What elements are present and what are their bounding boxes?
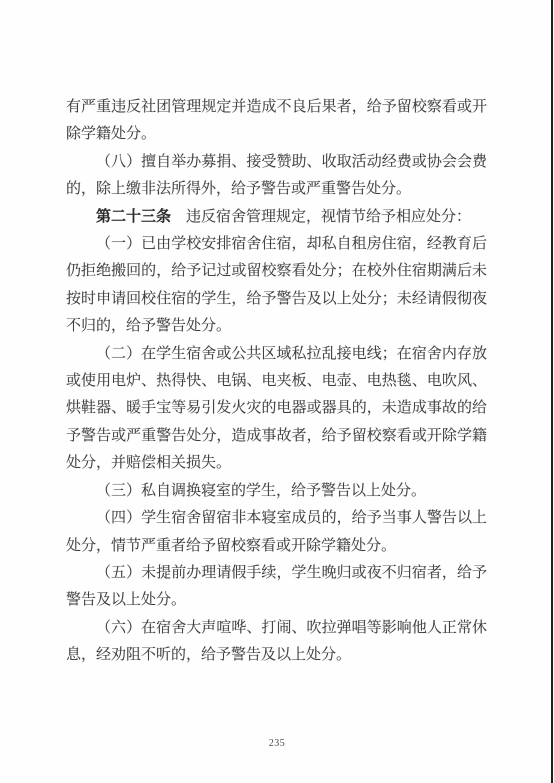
document-body: 有严重违反社团管理规定并造成不良后果者，给予留校察看或开除学籍处分。（八）擅自举…: [66, 94, 487, 670]
paragraph: 第二十三条 违反宿舍管理规定，视情节给予相应处分：: [66, 204, 487, 231]
paragraph: （一）已由学校安排宿舍住宿，却私自租房住宿，经教育后仍拒绝搬回的，给予记过或留校…: [66, 231, 487, 341]
article-number: 第二十三条: [96, 209, 171, 225]
scan-edge-line: [551, 0, 553, 783]
paragraph: （二）在学生宿舍或公共区域私拉乱接电线；在宿舍内存放或使用电炉、热得快、电锅、电…: [66, 341, 487, 478]
paragraph: （八）擅自举办募捐、接受赞助、收取活动经费或协会会费的，除上缴非法所得外，给予警…: [66, 149, 487, 204]
page-number: 235: [0, 738, 554, 749]
paragraph: （六）在宿舍大声喧哗、打闹、吹拉弹唱等影响他人正常休息，经劝阻不听的，给予警告及…: [66, 615, 487, 670]
paragraph: 有严重违反社团管理规定并造成不良后果者，给予留校察看或开除学籍处分。: [66, 94, 487, 149]
paragraph: （五）未提前办理请假手续，学生晚归或夜不归宿者，给予警告及以上处分。: [66, 560, 487, 615]
document-page: 有严重违反社团管理规定并造成不良后果者，给予留校察看或开除学籍处分。（八）擅自举…: [0, 0, 554, 783]
paragraph: （三）私自调换寝室的学生，给予警告以上处分。: [66, 478, 487, 505]
paragraph: （四）学生宿舍留宿非本寝室成员的，给予当事人警告以上处分，情节严重者给予留校察看…: [66, 505, 487, 560]
